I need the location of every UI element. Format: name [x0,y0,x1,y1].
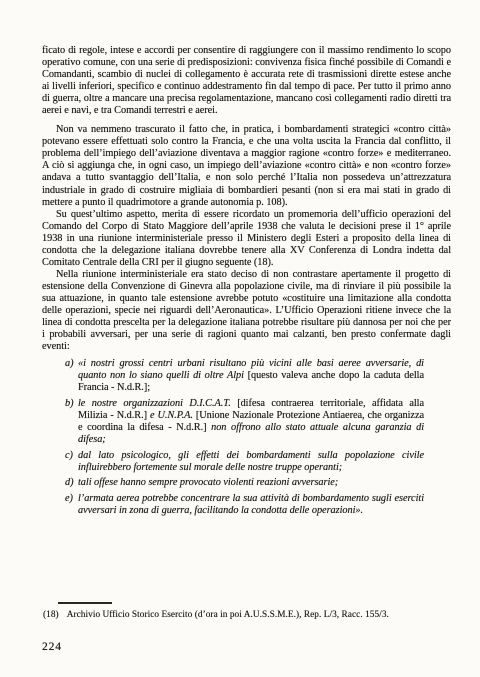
list-item-text-segment: l’armata aerea potrebbe concentrare la s… [78,493,424,516]
body-paragraph-4: Nella riunione interministeriale era sta… [42,269,451,353]
footnote: (18)Archivio Ufficio Storico Esercito (d… [43,610,435,621]
footnote-text: Archivio Ufficio Storico Esercito (d’ora… [67,610,389,620]
body-paragraph-3: Su quest’ultimo aspetto, merita di esser… [42,209,451,269]
body-paragraph-1: ficato di regole, intese e accordi per c… [42,45,451,117]
footnote-separator-rule [58,602,112,604]
list-item-text-segment: tali offese hanno sempre provocato viole… [78,477,338,488]
list-marker-d: d) [65,477,73,489]
list-item-text-segment: dal lato psicologico, gli effetti dei bo… [78,450,424,473]
book-page: ficato di regole, intese e accordi per c… [0,0,480,677]
list-marker-a: a) [65,358,73,370]
list-marker-c: c) [65,450,73,462]
list-item-e: e) l’armata aerea potrebbe concentrare l… [78,493,424,517]
list-item-text-segment: le nostre organizzazioni D.I.C.A.T. [78,398,237,409]
body-paragraph-2: Non va nemmeno trascurato il fatto che, … [42,124,451,208]
page-number: 224 [42,640,62,653]
list-item-text-segment: e U.N.P.A. [150,410,196,421]
list-item-a: a) «i nostri grossi centri urbani risult… [78,358,424,394]
list-item-d: d) tali offese hanno sempre provocato vi… [78,477,424,489]
list-marker-b: b) [65,398,73,410]
main-text-block: ficato di regole, intese e accordi per c… [42,45,451,605]
list-item-b: b) le nostre organizzazioni D.I.C.A.T. [… [78,398,424,446]
enumerated-list: a) «i nostri grossi centri urbani risult… [42,358,451,517]
list-marker-e: e) [65,493,73,505]
footnote-marker: (18) [43,610,59,620]
list-item-c: c) dal lato psicologico, gli effetti dei… [78,450,424,474]
